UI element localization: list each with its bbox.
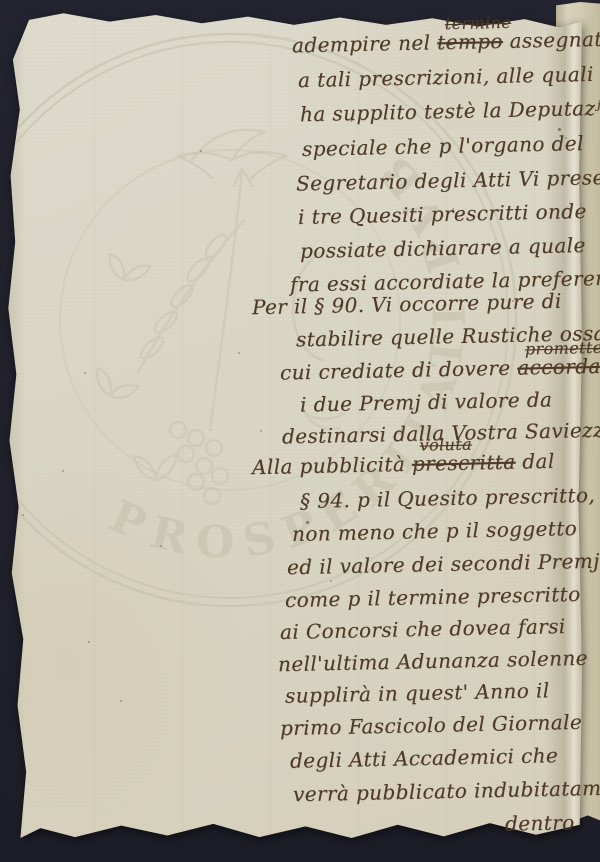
manuscript-text-segment: § 94. p il Quesito prescritto, bbox=[300, 483, 596, 513]
manuscript-text-segment: Alla pubblicità bbox=[252, 452, 412, 479]
manuscript-text-segment: adempire nel bbox=[292, 30, 438, 57]
correction-group: prescrittavoluta bbox=[412, 450, 516, 476]
manuscript-line: ha supplito testè la Deputazʲ. bbox=[300, 96, 600, 126]
manuscript-text-segment: cui crediate di dovere bbox=[280, 356, 518, 385]
manuscript-text-segment: a tali prescrizioni, alle quali bbox=[298, 62, 594, 92]
manuscript-line: § 94. p il Quesito prescritto, bbox=[300, 483, 596, 513]
manuscript-text-segment: nell'ultima Adunanza solenne bbox=[278, 646, 588, 676]
correction-group: tempotermine bbox=[437, 29, 503, 54]
manuscript-text-segment: come p il termine prescritto bbox=[285, 582, 581, 612]
manuscript-text-segment: i due Premj di valore da bbox=[300, 387, 553, 416]
manuscript-text-segment: non meno che p il soggetto bbox=[292, 516, 578, 546]
manuscript-text-segment: speciale che p l'organo del bbox=[302, 131, 584, 161]
manuscript-text-segment: possiate dichiarare a quale bbox=[300, 233, 586, 263]
manuscript-line: Per il § 90. Vi occorre pure di bbox=[252, 289, 562, 319]
manuscript-text-segment: dal bbox=[515, 449, 555, 474]
manuscript-text-segment: dentro bbox=[505, 810, 575, 835]
manuscript-line: possiate dichiarare a quale bbox=[300, 233, 586, 263]
manuscript-line: supplirà in quest' Anno il bbox=[285, 678, 550, 708]
manuscript-text-segment: primo Fascicolo del Giornale bbox=[280, 710, 583, 740]
manuscript-line: dentro bbox=[505, 810, 575, 835]
inserted-correction: voluta bbox=[419, 435, 472, 455]
manuscript-line: primo Fascicolo del Giornale bbox=[280, 710, 583, 740]
manuscript-line: speciale che p l'organo del bbox=[302, 131, 584, 161]
manuscript-text-segment: assegnato bbox=[503, 27, 600, 53]
manuscript-line: adempire nel tempotermine assegnato bbox=[292, 27, 600, 58]
manuscript-line: ai Concorsi che dovea farsi bbox=[280, 614, 566, 644]
handwritten-text: adempire nel tempotermine assegnatoa tal… bbox=[0, 0, 600, 862]
manuscript-line: degli Atti Accademici che bbox=[290, 743, 559, 773]
manuscript-text-segment: ai Concorsi che dovea farsi bbox=[280, 614, 566, 644]
manuscript-text-segment: Per il § 90. Vi occorre pure di bbox=[252, 289, 562, 319]
manuscript-line: non meno che p il soggetto bbox=[292, 516, 578, 546]
manuscript-line: cui crediate di dovere accordarepromette… bbox=[280, 353, 600, 384]
manuscript-line: i due Premj di valore da bbox=[300, 387, 553, 416]
manuscript-line: verrà pubblicato indubitatam, bbox=[293, 776, 600, 807]
manuscript-line: a tali prescrizioni, alle quali bbox=[298, 62, 594, 92]
manuscript-line: Segretario degli Atti Vi presenta bbox=[296, 164, 600, 195]
manuscript-page-scan: PROSPERITATI PVB adempire nel tempotermi… bbox=[0, 0, 600, 862]
manuscript-text-segment: verrà pubblicato indubitatam, bbox=[293, 776, 600, 807]
inserted-correction: promettere bbox=[525, 337, 600, 358]
manuscript-line: ed il valore dei secondi Premj bbox=[287, 549, 600, 580]
manuscript-text-segment: i tre Quesiti prescritti onde bbox=[298, 199, 587, 229]
manuscript-text-segment: ha supplito testè la Deputazʲ. bbox=[300, 96, 600, 126]
manuscript-text-segment: supplirà in quest' Anno il bbox=[285, 678, 550, 708]
inserted-correction: termine bbox=[445, 13, 512, 33]
manuscript-line: come p il termine prescritto bbox=[285, 582, 581, 612]
manuscript-line: Alla pubblicità prescrittavoluta dal bbox=[252, 449, 555, 479]
manuscript-line: i tre Quesiti prescritti onde bbox=[298, 199, 587, 229]
manuscript-text-segment: Segretario degli Atti Vi presenta bbox=[296, 164, 600, 195]
manuscript-text-segment: degli Atti Accademici che bbox=[290, 743, 559, 773]
correction-group: accordarepromettere bbox=[517, 353, 600, 379]
manuscript-text-segment: ed il valore dei secondi Premj bbox=[287, 549, 600, 580]
manuscript-line: nell'ultima Adunanza solenne bbox=[278, 646, 588, 676]
